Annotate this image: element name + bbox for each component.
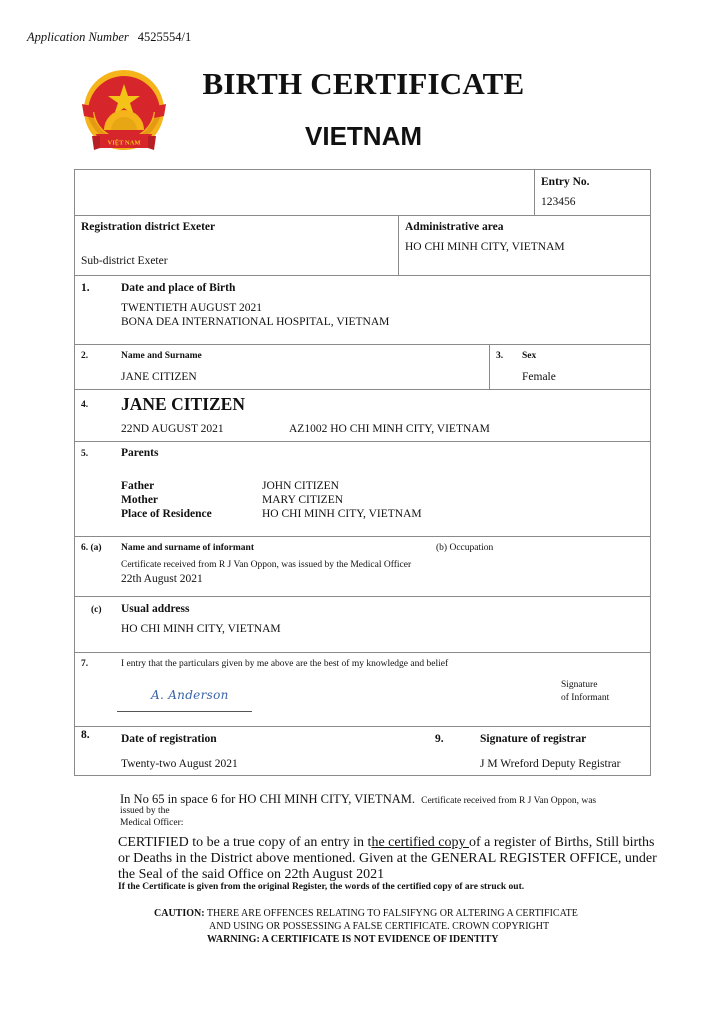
signature-line <box>117 711 252 712</box>
column-divider <box>398 215 399 275</box>
certificate-table: Entry No. 123456 Registration district E… <box>74 169 651 776</box>
usual-address-label: Usual address <box>121 603 190 615</box>
certificate-title-text: BIRTH CERTIFICATE <box>203 66 525 102</box>
field-8-number: 8. <box>81 729 90 741</box>
field-6a-number: 6. (a) <box>81 543 102 553</box>
caution-line-2: AND USING OR POSSESSING A FALSE CERTIFIC… <box>209 921 549 932</box>
birth-date-value: TWENTIETH AUGUST 2021 <box>121 302 262 314</box>
father-value: JOHN CITIZEN <box>262 480 339 492</box>
occupation-label: (b) Occupation <box>436 543 493 553</box>
row-divider <box>75 215 650 216</box>
birth-place-value: BONA DEA INTERNATIONAL HOSPITAL, VIETNAM <box>121 316 389 328</box>
entry-number-label: Entry No. <box>541 176 590 188</box>
certified-line-3: the Seal of the said Office on 22th Augu… <box>118 867 384 883</box>
informant-label: Name and surname of informant <box>121 543 254 553</box>
field-2-number: 2. <box>81 351 88 361</box>
caution-text-1: THERE ARE OFFENCES RELATING TO FALSIFYNG… <box>207 908 578 919</box>
registrar-name-value: J M Wreford Deputy Registrar <box>480 758 621 770</box>
entry-number-value: 123456 <box>541 196 576 208</box>
date-of-registration-value: Twenty-two August 2021 <box>121 758 238 770</box>
row-divider <box>75 344 650 345</box>
father-label: Father <box>121 480 154 492</box>
usual-address-value: HO CHI MINH CITY, VIETNAM <box>121 623 281 635</box>
column-divider <box>534 170 535 215</box>
struck-out-note: If the Certificate is given from the ori… <box>118 882 524 892</box>
column-divider <box>489 344 490 389</box>
warning-line: WARNING: A CERTIFICATE IS NOT EVIDENCE O… <box>207 934 498 945</box>
application-number-label: Application Number <box>27 30 129 44</box>
certified-line-1a: CERTIFIED to be a true copy of an entry … <box>118 835 371 850</box>
sex-label: Sex <box>522 351 536 361</box>
caution-line-1: CAUTION: THERE ARE OFFENCES RELATING TO … <box>154 908 578 919</box>
application-number: Application Number4525554/1 <box>27 30 191 45</box>
certified-line-1b: of a register of Births, Still births <box>469 835 654 850</box>
subdistrict-label: Sub-district Exeter <box>81 255 168 267</box>
declaration-text: I entry that the particulars given by me… <box>121 659 448 669</box>
footer-note-small-2: issued by the <box>120 806 170 816</box>
name-surname-label: Name and Surname <box>121 351 202 361</box>
field-3-number: 3. <box>496 351 503 361</box>
row-divider <box>75 536 650 537</box>
application-number-value: 4525554/1 <box>138 30 191 44</box>
row-divider <box>75 726 650 727</box>
footer-note-small-1: Certificate received from R J Van Oppon,… <box>421 796 596 806</box>
country-heading-text: VIETNAM <box>305 121 422 152</box>
administrative-area-label: Administrative area <box>405 221 503 233</box>
footer-note-large: In No 65 in space 6 for HO CHI MINH CITY… <box>120 792 415 806</box>
mother-value: MARY CITIZEN <box>262 494 343 506</box>
caution-label: CAUTION: <box>154 908 205 919</box>
mother-label: Mother <box>121 494 158 506</box>
field-1-number: 1. <box>81 282 90 294</box>
field-4-number: 4. <box>81 400 88 410</box>
field-9-number: 9. <box>435 733 444 745</box>
field-5-number: 5. <box>81 449 88 459</box>
field-7-number: 7. <box>81 659 88 669</box>
registration-date-summary: 22ND AUGUST 2021 <box>121 423 224 435</box>
country-heading: VIETNAM <box>0 121 724 152</box>
row-divider <box>75 652 650 653</box>
informant-line-2: 22th August 2021 <box>121 573 203 585</box>
footer-note: In No 65 in space 6 for HO CHI MINH CITY… <box>120 792 596 807</box>
date-place-of-birth-label: Date and place of Birth <box>121 282 235 294</box>
informant-line-1: Certificate received from R J Van Oppon,… <box>121 560 411 570</box>
registration-reference: AZ1002 HO CHI MINH CITY, VIETNAM <box>289 423 490 435</box>
row-divider <box>75 596 650 597</box>
field-6c-number: (c) <box>91 605 102 615</box>
certified-line-1: CERTIFIED to be a true copy of an entry … <box>118 835 654 851</box>
administrative-area-value: HO CHI MINH CITY, VIETNAM <box>405 241 565 253</box>
sex-value: Female <box>522 371 556 383</box>
signature-label-1: Signature <box>561 680 597 690</box>
signature-label-2: of Informant <box>561 693 609 703</box>
row-divider <box>75 389 650 390</box>
name-surname-value: JANE CITIZEN <box>121 371 197 383</box>
date-of-registration-label: Date of registration <box>121 733 217 745</box>
row-divider <box>75 441 650 442</box>
parents-label: Parents <box>121 447 158 459</box>
row-divider <box>75 275 650 276</box>
certificate-title: BIRTH CERTIFICATE <box>0 66 724 102</box>
registrar-signature-label: Signature of registrar <box>480 733 586 745</box>
registration-district-label: Registration district Exeter <box>81 221 215 233</box>
footer-note-small-3: Medical Officer: <box>120 818 183 828</box>
certified-line-2: or Deaths in the District above mentione… <box>118 851 657 867</box>
residence-value: HO CHI MINH CITY, VIETNAM <box>262 508 422 520</box>
child-name-heading: JANE CITIZEN <box>121 394 245 415</box>
residence-label: Place of Residence <box>121 508 212 520</box>
informant-signature: A. Anderson <box>151 688 229 702</box>
certified-copy-underlined: he certified copy <box>371 835 469 850</box>
